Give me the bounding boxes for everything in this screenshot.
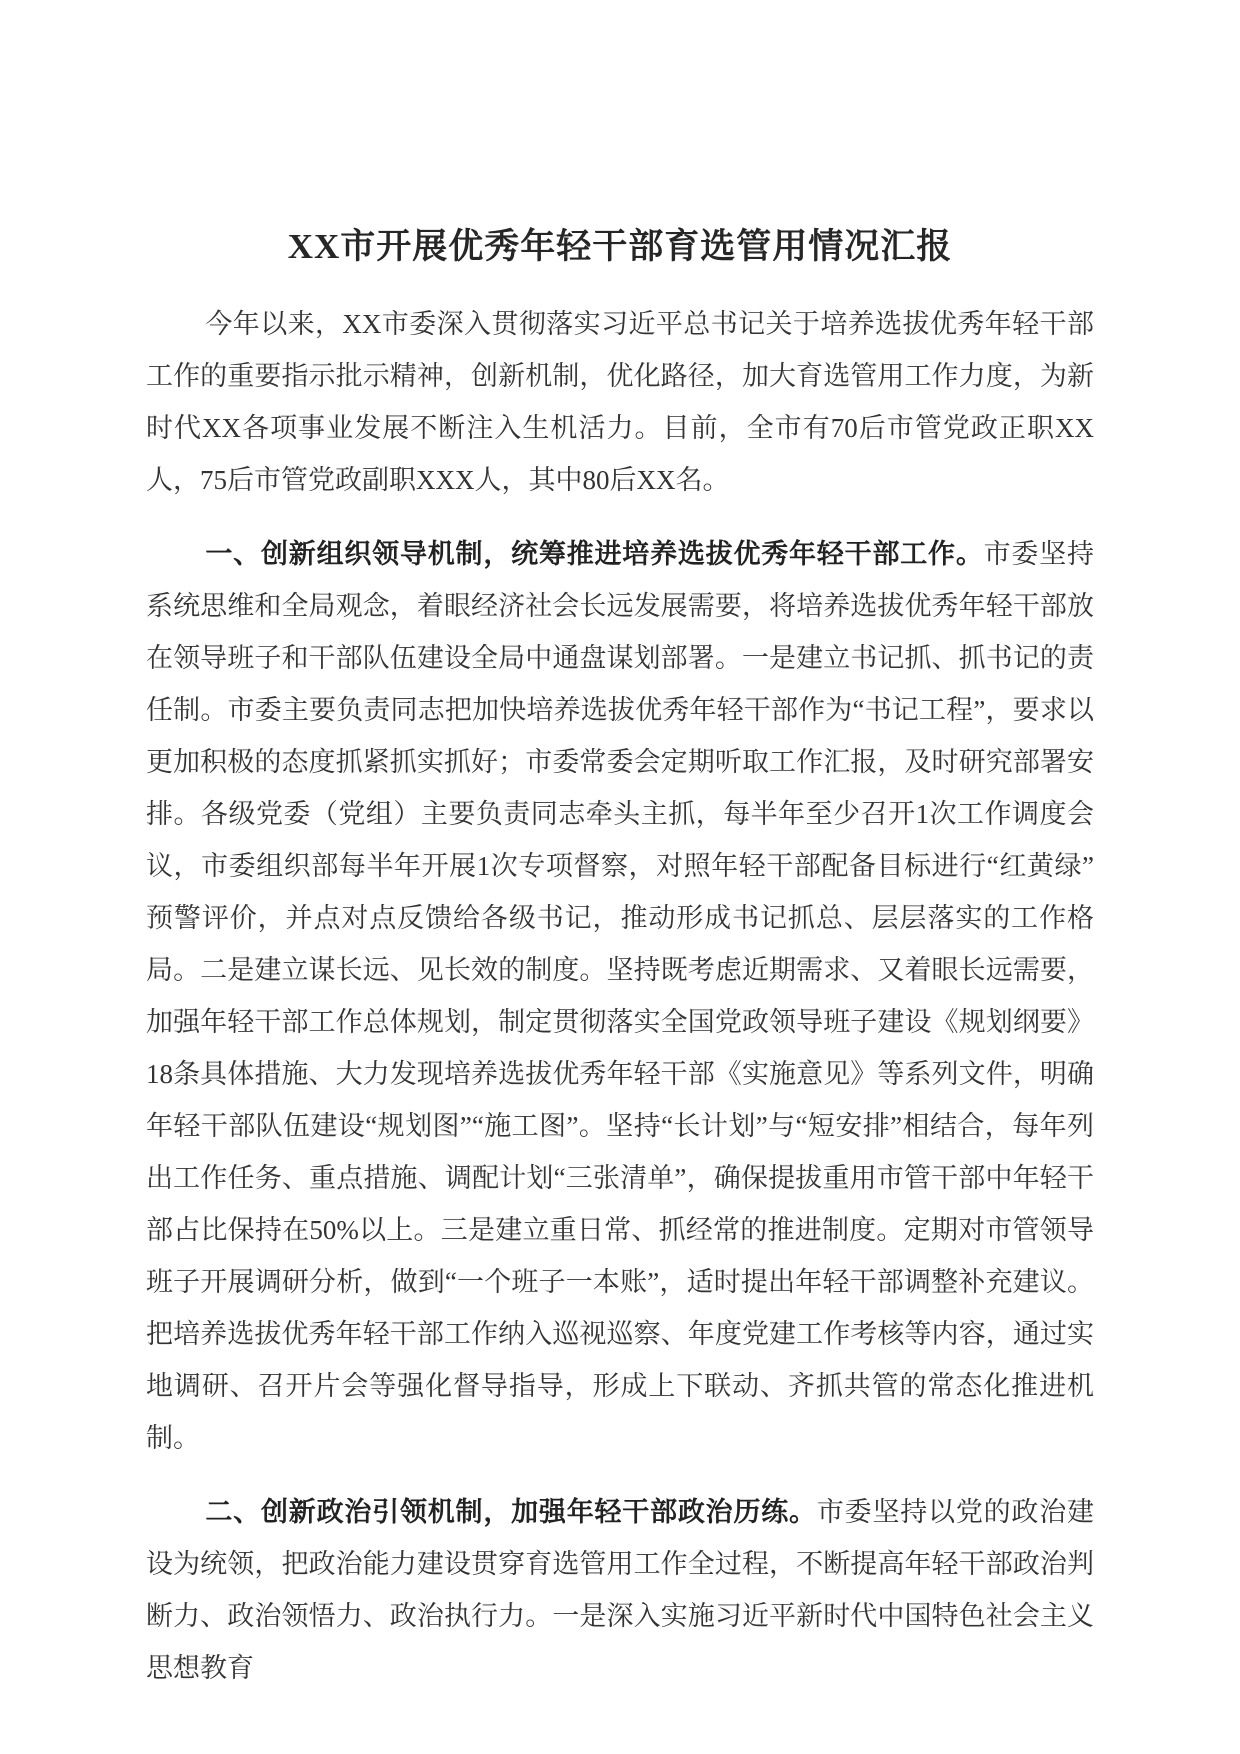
paragraph-section-2: 二、创新政治引领机制，加强年轻干部政治历练。市委坚持以党的政治建设为统领，把政治… xyxy=(146,1486,1094,1694)
paragraph-text: 市委坚持系统思维和全局观念，着眼经济社会长远发展需要，将培养选拔优秀年轻干部放在… xyxy=(146,539,1094,1453)
page-title: XX市开展优秀年轻干部育选管用情况汇报 xyxy=(146,222,1094,272)
paragraph-intro: 今年以来，XX市委深入贯彻落实习近平总书记关于培养选拔优秀年轻干部工作的重要指示… xyxy=(146,298,1094,506)
paragraph-text: 今年以来，XX市委深入贯彻落实习近平总书记关于培养选拔优秀年轻干部工作的重要指示… xyxy=(146,309,1094,495)
document-page: XX市开展优秀年轻干部育选管用情况汇报 今年以来，XX市委深入贯彻落实习近平总书… xyxy=(0,0,1240,1754)
section-2-heading: 二、创新政治引领机制，加强年轻干部政治历练。 xyxy=(205,1497,816,1527)
paragraph-section-1: 一、创新组织领导机制，统筹推进培养选拔优秀年轻干部工作。市委坚持系统思维和全局观… xyxy=(146,528,1094,1464)
section-1-heading: 一、创新组织领导机制，统筹推进培养选拔优秀年轻干部工作。 xyxy=(205,539,983,569)
